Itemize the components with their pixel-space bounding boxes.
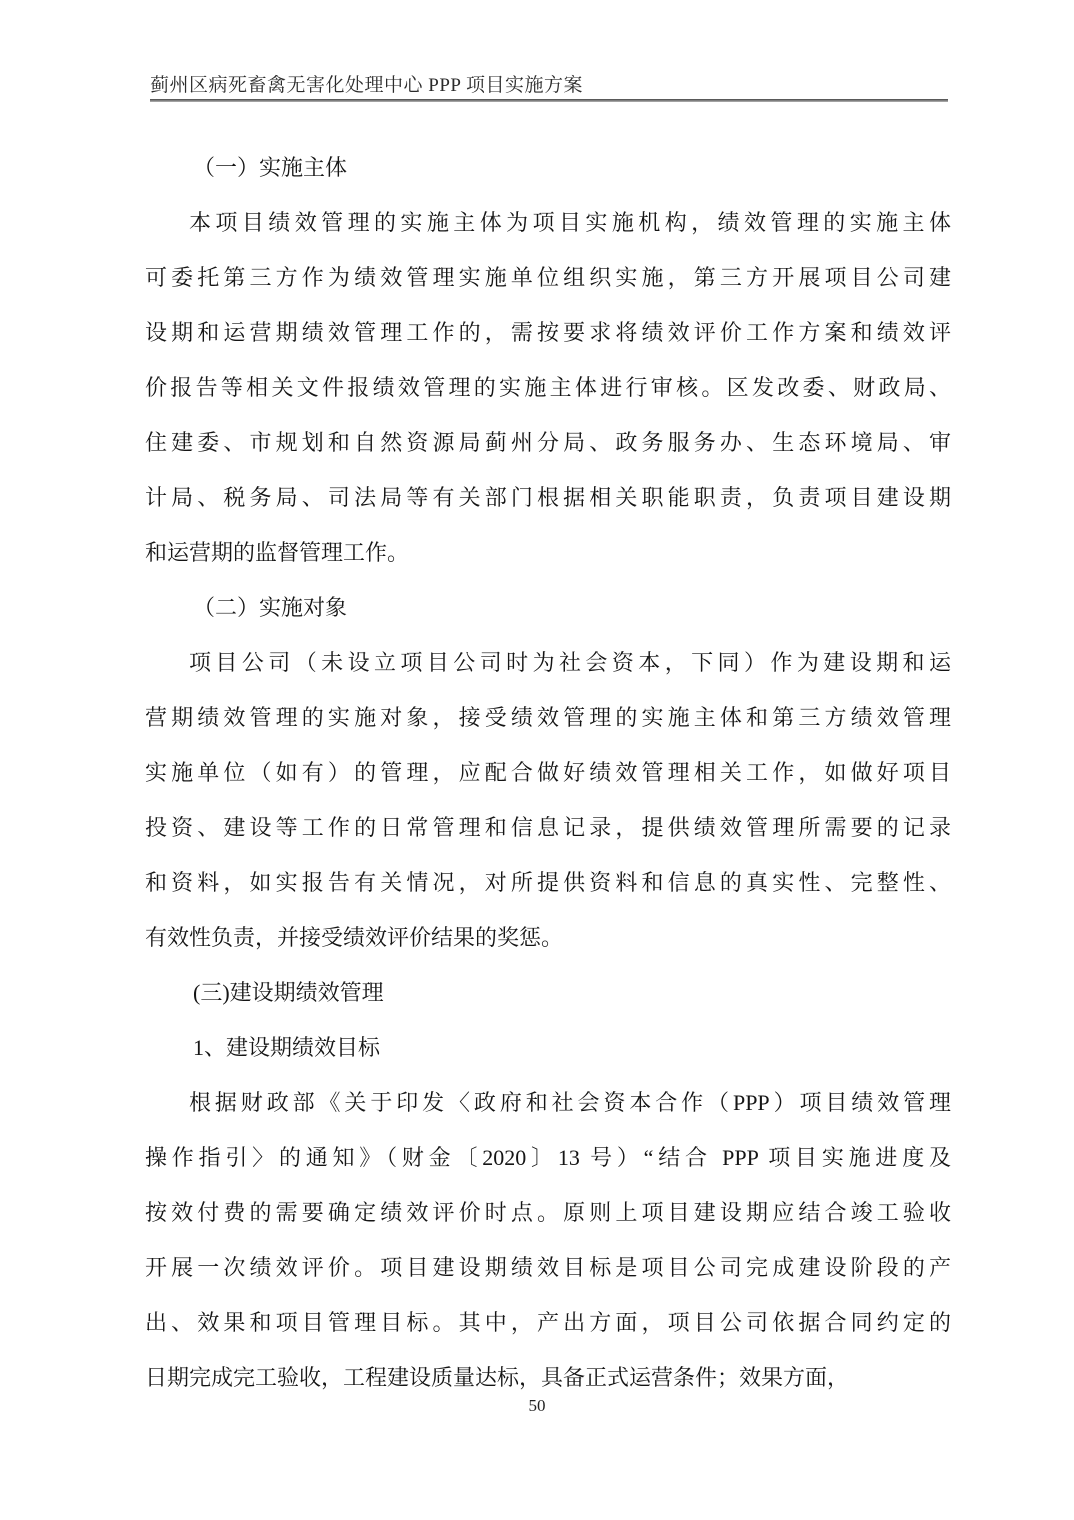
text-line: 按效付费的需要确定绩效评价时点。原则上项目建设期应结合竣工验收 [145, 1185, 951, 1240]
text-line: 营期绩效管理的实施对象，接受绩效管理的实施主体和第三方绩效管理 [145, 690, 951, 745]
document-page: 蓟州区病死畜禽无害化处理中心 PPP 项目实施方案 （一）实施主体 本项目绩效管… [0, 0, 1074, 1520]
text-line: 本项目绩效管理的实施主体为项目实施机构，绩效管理的实施主体 [145, 195, 951, 250]
text-line: 实施单位（如有）的管理，应配合做好绩效管理相关工作，如做好项目 [145, 745, 951, 800]
text-line: 设期和运营期绩效管理工作的，需按要求将绩效评价工作方案和绩效评 [145, 305, 951, 360]
section-heading-1: （一）实施主体 [145, 140, 951, 195]
text-line: 可委托第三方作为绩效管理实施单位组织实施，第三方开展项目公司建 [145, 250, 951, 305]
header-divider [150, 99, 948, 102]
text-line: 和资料，如实报告有关情况，对所提供资料和信息的真实性、完整性、 [145, 855, 951, 910]
document-body: （一）实施主体 本项目绩效管理的实施主体为项目实施机构，绩效管理的实施主体 可委… [145, 140, 951, 1405]
text-line: 投资、建设等工作的日常管理和信息记录，提供绩效管理所需要的记录 [145, 800, 951, 855]
header-title: 蓟州区病死畜禽无害化处理中心 PPP 项目实施方案 [150, 70, 950, 97]
text-line: 住建委、市规划和自然资源局蓟州分局、政务服务办、生态环境局、审 [145, 415, 951, 470]
page-number: 50 [0, 1396, 1074, 1416]
text-line: 项目公司（未设立项目公司时为社会资本，下同）作为建设期和运 [145, 635, 951, 690]
section-heading-3: (三)建设期绩效管理 [145, 965, 951, 1020]
text-line: 开展一次绩效评价。项目建设期绩效目标是项目公司完成建设阶段的产 [145, 1240, 951, 1295]
text-line: 根据财政部《关于印发〈政府和社会资本合作（PPP）项目绩效管理 [145, 1075, 951, 1130]
text-line: 价报告等相关文件报绩效管理的实施主体进行审核。区发改委、财政局、 [145, 360, 951, 415]
text-line: 有效性负责，并接受绩效评价结果的奖惩。 [145, 910, 951, 965]
text-line: 计局、税务局、司法局等有关部门根据相关职能职责，负责项目建设期 [145, 470, 951, 525]
section-subheading-3-1: 1、建设期绩效目标 [145, 1020, 951, 1075]
text-line: 出、效果和项目管理目标。其中，产出方面，项目公司依据合同约定的 [145, 1295, 951, 1350]
text-line: 和运营期的监督管理工作。 [145, 525, 951, 580]
text-line: 操作指引〉的通知》（财金〔2020〕13 号）“结合 PPP 项目实施进度及 [145, 1130, 951, 1185]
section-heading-2: （二）实施对象 [145, 580, 951, 635]
